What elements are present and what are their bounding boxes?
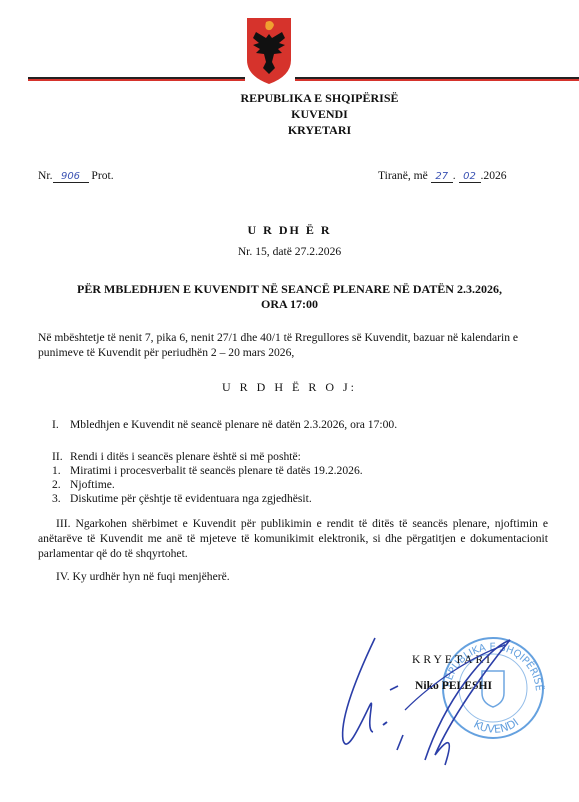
header-office: KRYETARI	[30, 123, 579, 138]
header-republic: REPUBLIKA E SHQIPËRISË	[30, 91, 579, 106]
order-item-4: IV. Ky urdhër hyn në fuqi menjëherë.	[38, 569, 548, 584]
protocol-number: Nr.906 Prot.	[38, 169, 114, 183]
order-number-date: Nr. 15, datë 27.2.2026	[0, 245, 579, 258]
document-type: U R DH Ë R	[0, 223, 579, 238]
order-item-2: II. Rendi i ditës i seancës plenare ësht…	[52, 450, 363, 506]
date-day: 27	[431, 171, 453, 183]
order-item-1: I. Mbledhjen e Kuvendit në seancë plenar…	[52, 418, 397, 432]
protocol-number-value: 906	[53, 171, 89, 183]
agenda-item: 2. Njoftime.	[52, 478, 363, 492]
date-month: 02	[459, 171, 481, 183]
coat-of-arms-icon	[244, 16, 294, 86]
handwritten-signature-icon	[335, 630, 520, 770]
letterhead-rule-right	[295, 77, 579, 81]
agenda-item: 3. Diskutime për çështje të evidentuara …	[52, 492, 363, 506]
subject: PËR MBLEDHJEN E KUVENDIT NË SEANCË PLENA…	[0, 282, 579, 312]
document-date: Tiranë, më 27. 02.2026	[378, 169, 507, 183]
order-heading: U R D H Ë R O J:	[0, 380, 579, 395]
preamble: Në mbështetje të nenit 7, pika 6, nenit …	[38, 330, 548, 360]
agenda-item: 1. Miratimi i procesverbalit të seancës …	[52, 464, 363, 478]
header-parliament: KUVENDI	[30, 107, 579, 122]
letterhead-rule-left	[28, 77, 245, 81]
order-item-3: III. Ngarkohen shërbimet e Kuvendit për …	[38, 516, 548, 561]
